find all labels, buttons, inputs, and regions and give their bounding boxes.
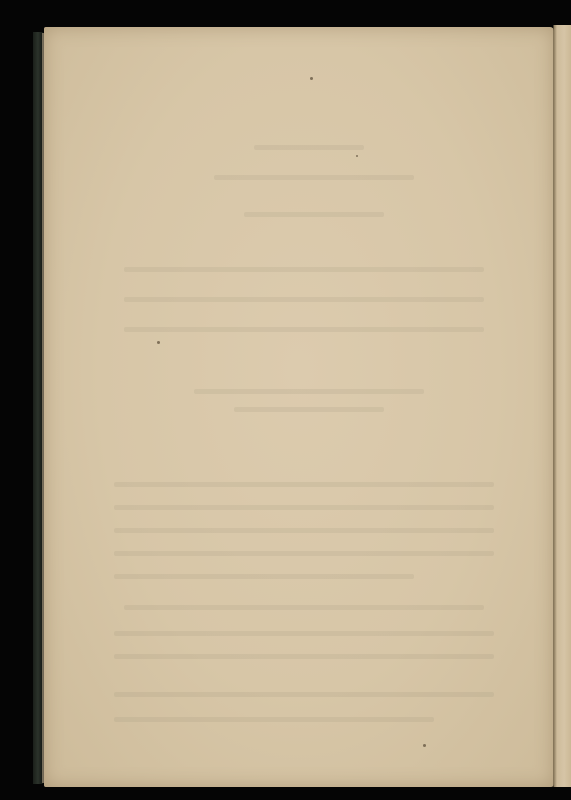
- paper-speck: [423, 744, 426, 747]
- show-through-line: [124, 297, 484, 302]
- show-through-line: [114, 692, 494, 697]
- paper-speck: [310, 77, 313, 80]
- show-through-line: [114, 528, 494, 533]
- show-through-line: [254, 145, 364, 150]
- show-through-line: [114, 654, 494, 659]
- show-through-line: [114, 551, 494, 556]
- paper-speck: [157, 341, 160, 344]
- show-through-line: [194, 389, 424, 394]
- show-through-line: [244, 212, 384, 217]
- show-through-line: [124, 267, 484, 272]
- paper-speck: [356, 155, 358, 157]
- show-through-line: [114, 717, 434, 722]
- show-through-line: [124, 605, 484, 610]
- show-through-line: [234, 407, 384, 412]
- blank-page: [44, 27, 554, 787]
- show-through-line: [114, 505, 494, 510]
- show-through-line: [114, 631, 494, 636]
- show-through-line: [114, 574, 414, 579]
- show-through-line: [114, 482, 494, 487]
- show-through-line: [214, 175, 414, 180]
- next-page-edge: [554, 25, 571, 787]
- show-through-line: [124, 327, 484, 332]
